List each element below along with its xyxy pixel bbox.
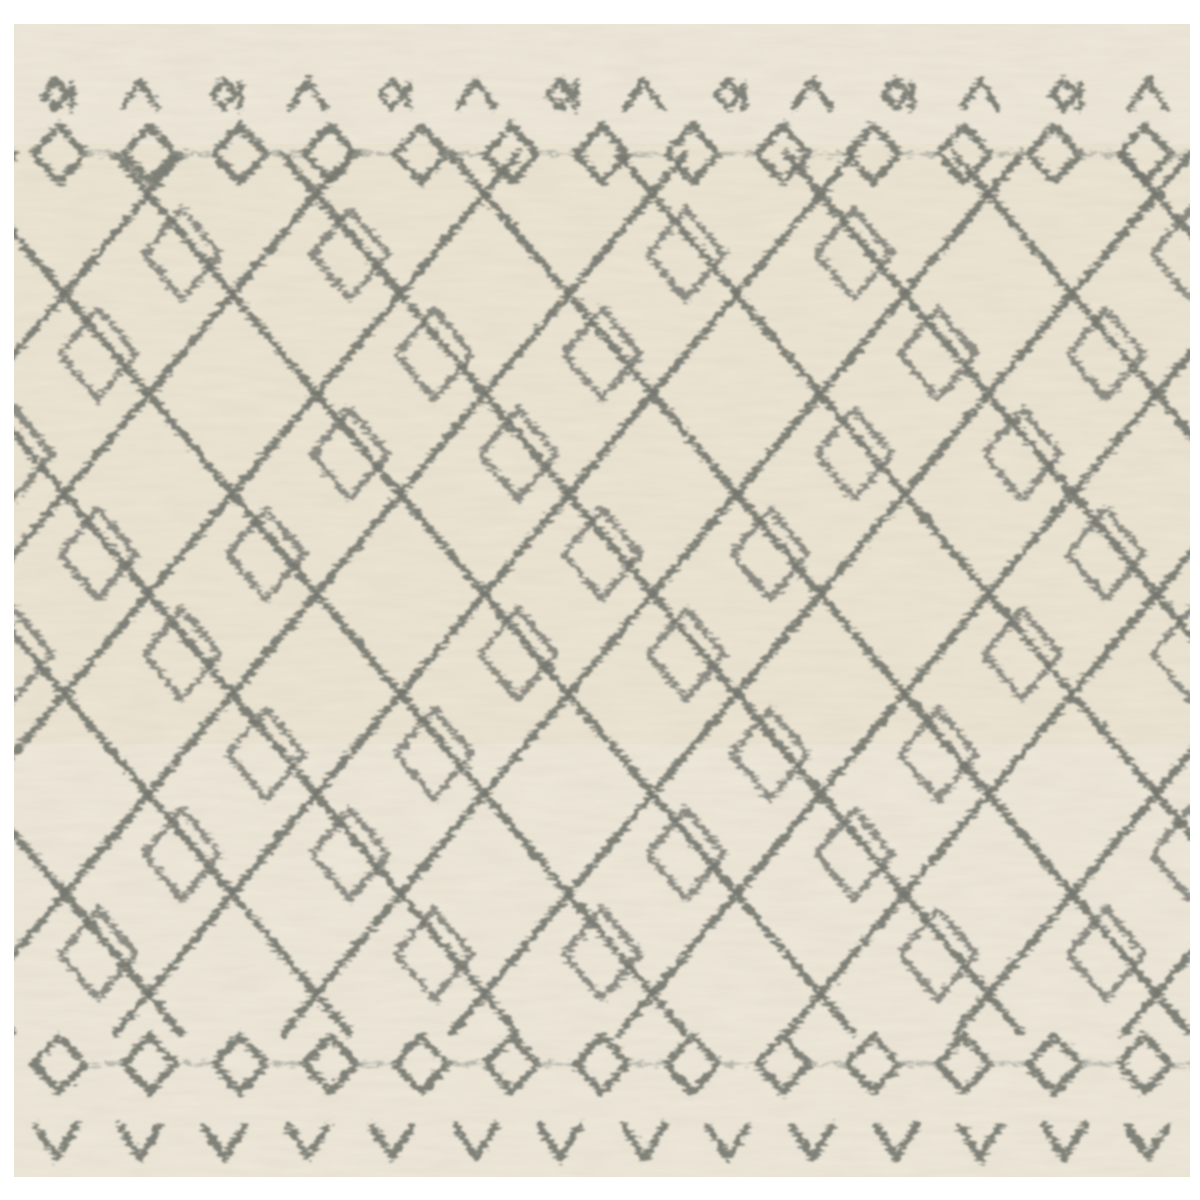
rug-photo: Square shag rug with Moroccan diamond tr…: [14, 24, 1190, 1177]
rug-pattern: [14, 24, 1190, 1177]
